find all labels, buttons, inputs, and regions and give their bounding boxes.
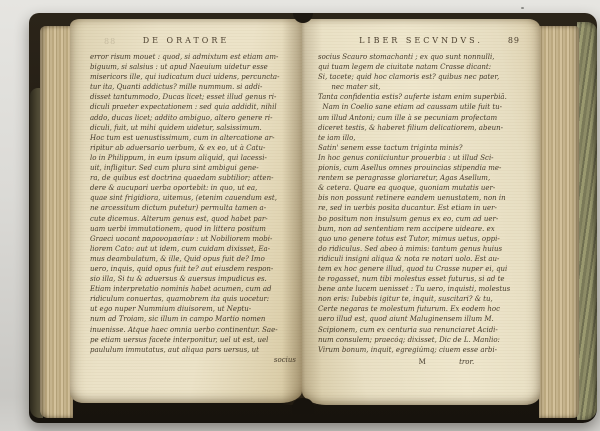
text-line: tur ita, Quanti addictus? mille nummum. … — [90, 82, 294, 92]
text-line: & cetera. Quare ea quoque, quoniam mutat… — [318, 183, 522, 193]
left-running-title: DE ORATORE — [143, 36, 229, 45]
left-catchword: socius — [70, 356, 302, 364]
text-line: ripitur ab aduersario uerbum, & ex eo, u… — [90, 143, 294, 153]
text-line: bo positum non insulsum genus ex eo, cum… — [318, 214, 522, 224]
text-line: liorem Cato: aut ut idem, cum cuidam dix… — [90, 244, 294, 254]
text-line: num ad Troiam, sic illum in campo Martio… — [90, 314, 294, 324]
text-line: quo uno genere totus est Tutor, mimus ue… — [318, 234, 522, 244]
left-page-number-faint: 88 — [104, 37, 116, 46]
text-line: Graeci uocant παρονομασίαν : ut Nobilior… — [90, 234, 294, 244]
text-line: socius Scauro stomachanti ; ex quo sunt … — [318, 52, 522, 62]
text-line: pionis, cum Asellus omnes prouincias sti… — [318, 163, 522, 173]
text-line: re, sed in uerbis posita ducantur. Est e… — [318, 203, 522, 213]
text-line: sio illa, Si tu & aduersus & auersus imp… — [90, 274, 294, 284]
text-line: bis non possunt retinere eandem uenustat… — [318, 193, 522, 203]
text-line: paululum immutatus, aut aliqua pars uers… — [90, 345, 294, 355]
background-speck — [521, 7, 524, 9]
text-line: bum, non ad sententiam rem accipere uide… — [318, 224, 522, 234]
right-page-block-edges — [539, 26, 579, 418]
text-line: um illud Antoni; cum ille à se pecuniam … — [318, 113, 522, 123]
text-line: Scipionem, cum ex centuria sua renunciar… — [318, 325, 522, 335]
text-line: dere & aucupari uerba oportebit: in quo,… — [90, 183, 294, 193]
right-page: LIBER SECVNDVS. 89 socius Scauro stomach… — [302, 19, 540, 405]
text-line: ridiculi insigni aliqua & nota re notari… — [318, 254, 522, 264]
text-line: diculi, fuit, ut mihi quidem uidetur, sa… — [90, 123, 294, 133]
left-page-block-edges — [40, 26, 73, 418]
text-line: misericors ille, qui iudicatum duci uide… — [90, 72, 294, 82]
text-line: pe etiam uersus facete interponitur, uel… — [90, 335, 294, 345]
right-running-header: LIBER SECVNDVS. 89 — [302, 36, 540, 47]
text-line: tem ex hoc genere illud, quod tu Crasse … — [318, 264, 522, 274]
right-page-number: 89 — [508, 36, 520, 45]
left-text-block: error risum mouet : quod, si admixtum es… — [70, 52, 302, 355]
right-cover-marbled-edge — [577, 22, 597, 420]
text-line: te iam illo, — [318, 133, 522, 143]
text-line: Etiam interpretatio nominis habet acumen… — [90, 284, 294, 294]
right-text-block: socius Scauro stomachanti ; ex quo sunt … — [302, 52, 540, 355]
text-line: mus deambulatum, & ille, Quid opus fuit … — [90, 254, 294, 264]
text-line: Certe negaras te molestum futurum. Ex eo… — [318, 304, 522, 314]
text-line: diculi praeter expectationem : sed quia … — [90, 102, 294, 112]
text-line: biguum, si salsius : ut apud Naeuium uid… — [90, 62, 294, 72]
text-line: nec mater sit, — [318, 82, 522, 92]
text-line: Tanta confidentia estis? auferte istam e… — [318, 92, 522, 102]
gathering-signature: M — [419, 358, 427, 366]
text-line: uit, infligitur. Sed cum plura sint ambi… — [90, 163, 294, 173]
text-line: Hoc tum est uenustissimum, cum in alterc… — [90, 133, 294, 143]
right-catchword: tror. — [459, 358, 474, 366]
photo-background: 88 DE ORATORE error risum mouet : quod, … — [0, 0, 600, 431]
text-line: ridiculum conuertas, quamobrem ita quis … — [90, 294, 294, 304]
left-running-header: 88 DE ORATORE — [70, 36, 302, 47]
text-line: inuenisse. Atque haec omnia uerbo contin… — [90, 325, 294, 335]
text-line: qui tuam legem de ciuitate natam Crasse … — [318, 62, 522, 72]
text-line: uero illud est, quod aiunt Maluginensem … — [318, 314, 522, 324]
text-line: non eris: Iubebis igitur te, inquit, sus… — [318, 294, 522, 304]
text-line: disset tantummodo, Ducas licet; esset il… — [90, 92, 294, 102]
text-line: ut ego nuper Nummium diuisorem, ut Neptu… — [90, 304, 294, 314]
text-line: rentem se peragrasse gloriaretur, Agas A… — [318, 173, 522, 183]
text-line: error risum mouet : quod, si admixtum es… — [90, 52, 294, 62]
text-line: diceret testis, & haberet filium delicat… — [318, 123, 522, 133]
text-line: cute dicemus. Alterum genus est, quod ha… — [90, 214, 294, 224]
text-line: Satin' senem esse tactum triginta minis? — [318, 143, 522, 153]
text-line: Si, tacete; quid hoc clamoris est? quibu… — [318, 72, 522, 82]
text-line: do ridiculus. Sed abeo à mimis: tantum g… — [318, 244, 522, 254]
text-line: lo in Philippum, in eum ipsum aliquid, q… — [90, 153, 294, 163]
text-line: addo, ducas licet; addito ambiguo, alter… — [90, 113, 294, 123]
text-line: In hoc genus coniiciuntur prouerbia : ut… — [318, 153, 522, 163]
text-line: te rogasset, num tibi molestus esset fut… — [318, 274, 522, 284]
text-line: uam uerbi immutationem, quod in littera … — [90, 224, 294, 234]
gutter-notch-bottom — [292, 398, 314, 414]
text-line: Virum bonum, inquit, egregiúmq; ciuem es… — [318, 345, 522, 355]
text-line: ne arcessitum dictum putetur) permulta t… — [90, 203, 294, 213]
left-page: 88 DE ORATORE error risum mouet : quod, … — [70, 19, 302, 403]
signature-row: M tror. — [302, 358, 540, 369]
text-line: bene ante lucem uenisset : Tu uero, inqu… — [318, 284, 522, 294]
text-line: ra, de quibus est doctrina quaedam subti… — [90, 173, 294, 183]
text-line: num consulem; praecóq; dixisset, Dic de … — [318, 335, 522, 345]
text-line: Nam in Coelio sane etiam ad caussam util… — [318, 102, 522, 112]
right-running-title: LIBER SECVNDVS. — [359, 36, 483, 45]
text-line: quae sint frigidiora, uitemus, (etenim c… — [90, 193, 294, 203]
text-line: uero, inquis, quid opus fuit te? aut eiu… — [90, 264, 294, 274]
